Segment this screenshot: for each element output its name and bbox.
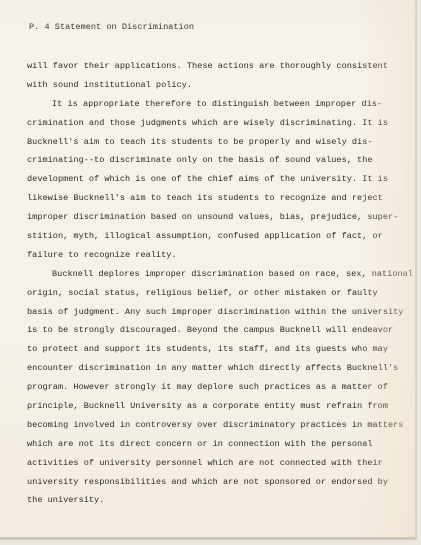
text-line: It is appropriate therefore to distingui… xyxy=(27,95,397,114)
text-line: university responsibilities and which ar… xyxy=(27,473,397,492)
text-line: becoming involved in controversy over di… xyxy=(27,416,397,435)
text-line: Bucknell deplores improper discriminatio… xyxy=(27,265,397,284)
text-line: with sound institutional policy. xyxy=(27,76,397,95)
text-line: likewise Bucknell's aim to teach its stu… xyxy=(27,189,397,208)
text-line: encounter discrimination in any matter w… xyxy=(27,359,397,378)
text-line: crimination and those judgments which ar… xyxy=(27,114,397,133)
page-header: P. 4 Statement on Discrimination xyxy=(29,22,194,32)
paragraph-1: will favor their applications. These act… xyxy=(27,57,397,95)
document-page: P. 4 Statement on Discrimination will fa… xyxy=(0,0,417,540)
text-line: origin, social status, religious belief,… xyxy=(27,284,397,303)
text-line: basis of judgment. Any such improper dis… xyxy=(27,303,397,322)
text-line: criminating--to discriminate only on the… xyxy=(27,151,397,170)
paragraph-3: Bucknell deplores improper discriminatio… xyxy=(27,265,397,511)
text-line: principle, Bucknell University as a corp… xyxy=(27,397,397,416)
paragraph-2: It is appropriate therefore to distingui… xyxy=(27,95,397,265)
text-line: Bucknell's aim to teach its students to … xyxy=(27,133,397,152)
text-line: the university. xyxy=(27,491,397,510)
text-line: development of which is one of the chief… xyxy=(27,170,397,189)
text-line: will favor their applications. These act… xyxy=(27,57,397,76)
text-line: improper discrimination based on unsound… xyxy=(27,208,397,227)
text-line: activities of university personnel which… xyxy=(27,454,397,473)
text-line: is to be strongly discouraged. Beyond th… xyxy=(27,321,397,340)
text-line: which are not its direct concern or in c… xyxy=(27,435,397,454)
text-line: failure to recognize reality. xyxy=(27,246,397,265)
text-line: to protect and support its students, its… xyxy=(27,340,397,359)
document-body: will favor their applications. These act… xyxy=(27,57,397,510)
text-line: stition, myth, illogical assumption, con… xyxy=(27,227,397,246)
text-line: program. However strongly it may deplore… xyxy=(27,378,397,397)
